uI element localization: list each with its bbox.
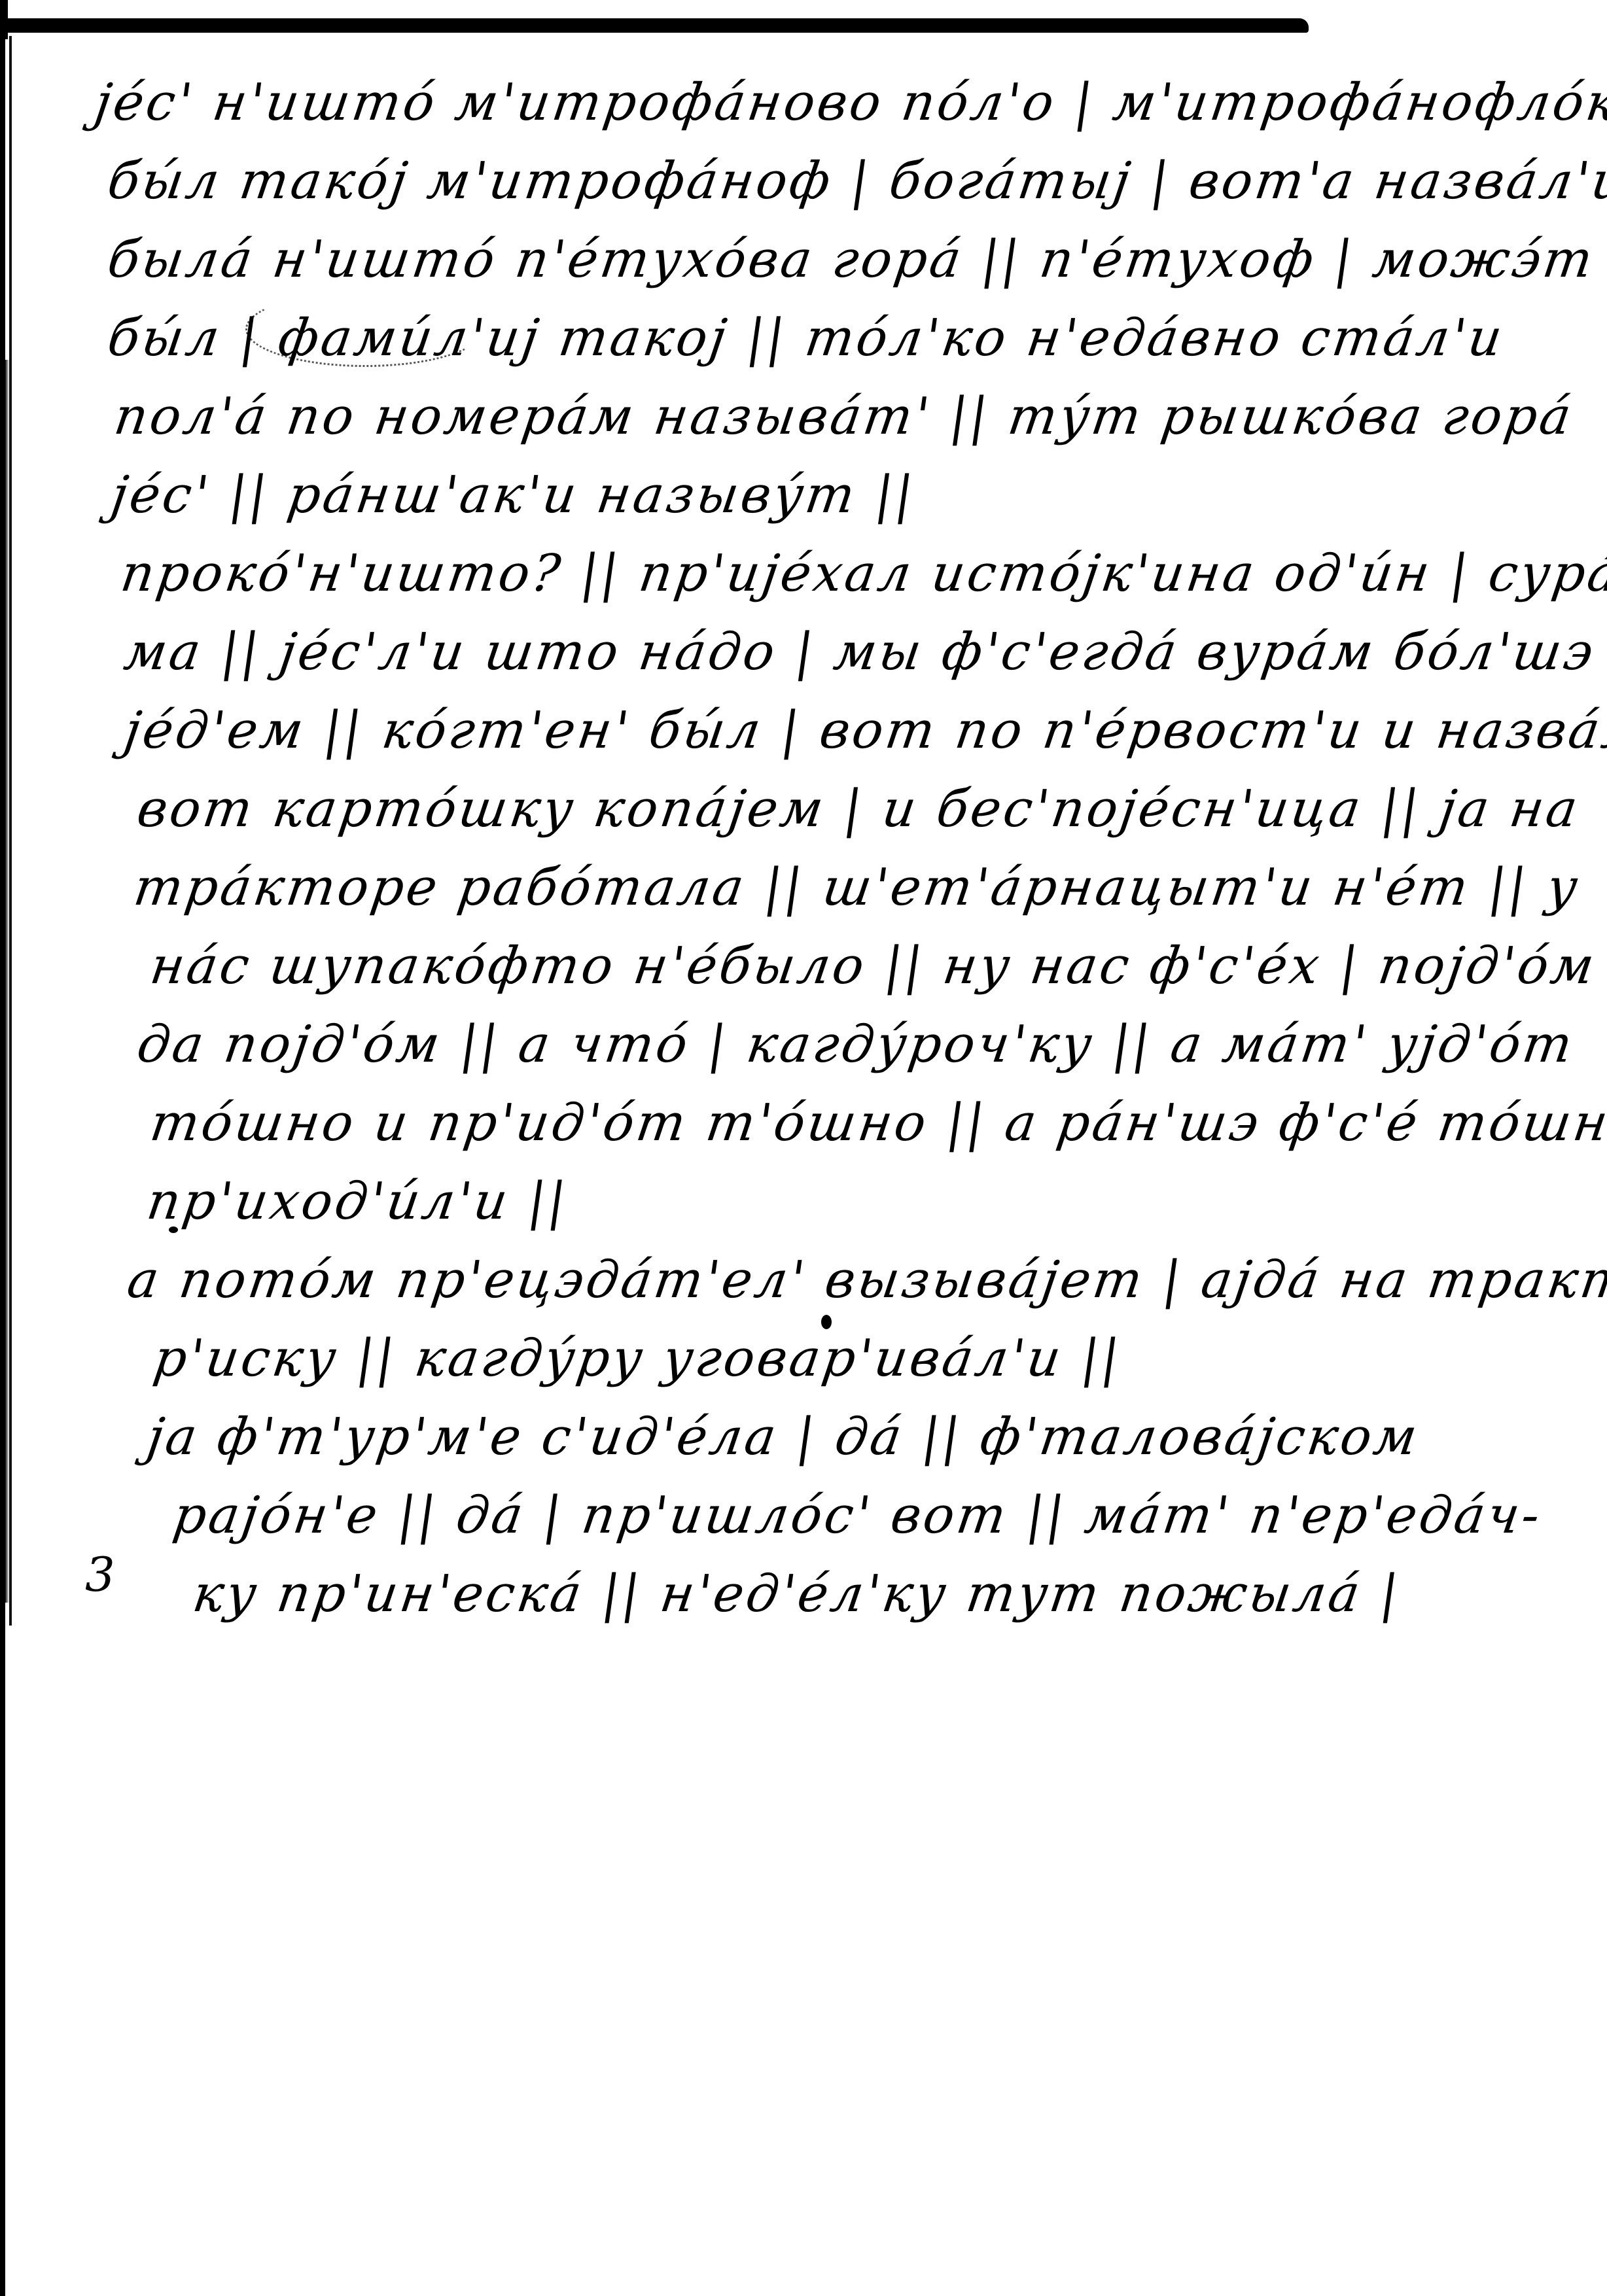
left-scan-shadow (0, 360, 9, 1603)
manuscript-line-1: jéс' н'ишто́ м'итрофа́ново по́л'о | м'ит… (92, 77, 1607, 128)
manuscript-line-18: jа ф'т'ур'м'е с'ид'е́ла | да́ || ф'талов… (144, 1412, 1422, 1463)
manuscript-line-6: jéс' || ра́нш'ак'и назыву́т || (108, 470, 919, 521)
manuscript-line-10: вот карто́шку копа́jем | и бес'поjе́сн'и… (134, 784, 1583, 835)
manuscript-line-13: да поjд'о́м || а что́ | кагду́роч'ку || … (134, 1019, 1578, 1070)
manuscript-line-5: пол'а́ по номера́м называ́т' || ту́т рыш… (111, 391, 1576, 442)
ink-blot (821, 1315, 832, 1329)
manuscript-page: jéс' н'ишто́ м'итрофа́ново по́л'о | м'ит… (0, 0, 1607, 2296)
manuscript-line-19: раjо́н'е || да́ | пр'ишло́с' вот || ма́т… (170, 1490, 1545, 1541)
manuscript-line-9: jéд'ем || ко́гт'ен' бы́л | вот по п'е́рв… (121, 705, 1607, 756)
manuscript-line-16: а пото́м пр'ецэда́т'ел' вызыва́jет | аjд… (124, 1255, 1607, 1306)
top-border-rule (0, 18, 1309, 33)
manuscript-line-4: бы́л | фами́л'иј такој || то́л'ко н'еда́… (105, 313, 1508, 364)
left-margin-rule (9, 36, 12, 1626)
manuscript-line-15: пр'иход'и́л'и || (144, 1176, 572, 1227)
manuscript-line-8: ма || jéс'л'и што на́до | мы ф'с'егда́ в… (121, 627, 1598, 678)
manuscript-line-2: бы́л такój м'итрофа́ноф | бога́тыj | вот… (105, 156, 1607, 207)
manuscript-line-3: была́ н'ишто́ п'е́тухо́ва гора́ || п'е́т… (105, 234, 1598, 285)
page-number: 3 (85, 1547, 115, 1602)
manuscript-line-14: то́шно и пр'ид'о́т т'о́шно || а ра́н'шэ … (147, 1098, 1607, 1149)
manuscript-line-7: проко́'н'ишто? || пр'иjе́хал исто́jк'ина… (118, 548, 1607, 599)
manuscript-line-12: на́с шупако́фто н'е́было || ну нас ф'с'е… (147, 941, 1600, 992)
manuscript-line-20: ку пр'ин'еска́ || н'ед'е́л'ку тут пожыла… (190, 1569, 1404, 1620)
manuscript-line-11: тра́кторе рабо́тала || ш'ет'а́рнацыт'и н… (131, 862, 1583, 913)
manuscript-line-17: р'иску || кагду́ру уговар'ива́л'и || (150, 1333, 1125, 1384)
